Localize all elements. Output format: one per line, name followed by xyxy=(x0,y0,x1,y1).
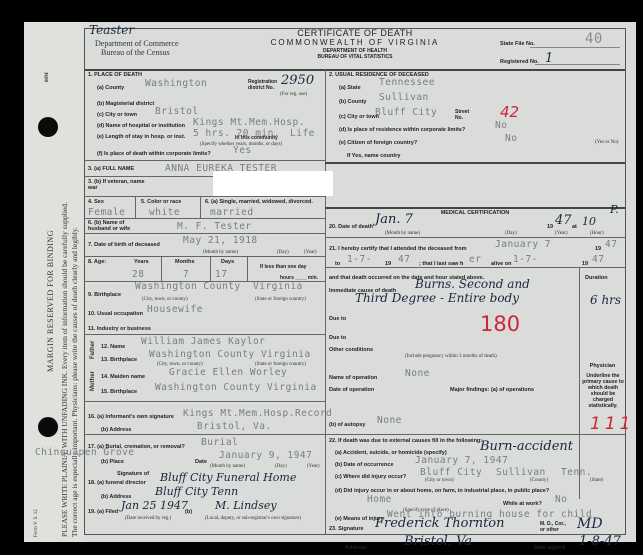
where-hint-state: (State) xyxy=(590,478,603,483)
foreign-country-label: If Yes, name country xyxy=(347,153,400,159)
spouse-label: 6. (b) Name of husband or wife xyxy=(88,220,148,232)
date-hint-year: (Year) xyxy=(307,464,320,469)
at-work-label: While at work? xyxy=(503,501,542,507)
informant-label: 16. (a) Informant's own signature xyxy=(88,414,174,420)
where-state: Tenn. xyxy=(561,467,592,478)
registrar-signature: M. Lindsey xyxy=(215,499,277,512)
date-signed-label: Date signed xyxy=(534,545,565,551)
divider xyxy=(85,160,325,161)
commonwealth: COMMONWEALTH OF VIRGINIA xyxy=(230,38,480,47)
divider xyxy=(247,256,248,281)
father-name-label: 12. Name xyxy=(101,344,125,350)
physician-title: MD xyxy=(577,516,603,532)
divider xyxy=(85,218,325,219)
divider xyxy=(325,237,625,238)
form-body: Teaster Department of Commerce Bureau of… xyxy=(84,28,626,535)
citizen-value: No xyxy=(505,133,517,144)
column-divider xyxy=(325,69,326,534)
filed-date: Jan 25 1947 xyxy=(121,499,188,512)
age-label: 8. Age: xyxy=(88,259,106,265)
physician-note: Underline the primary cause to which dea… xyxy=(582,373,624,409)
father-name: William James Kaylor xyxy=(141,336,265,347)
instructions-line1: PLEASE WRITE PLAINLY, WITH UNFADING INK.… xyxy=(60,202,69,537)
funeral-address: Bluff City Tenn xyxy=(155,485,238,498)
divider xyxy=(85,196,325,197)
binding-note: MARGIN RESERVED FOR BINDING xyxy=(46,230,55,372)
divider xyxy=(210,256,211,281)
autopsy-label: (b) of autopsy xyxy=(329,422,365,428)
divider xyxy=(135,196,136,218)
due-to-label-2: Due to xyxy=(329,335,346,341)
due-to-label: Due to xyxy=(329,316,346,322)
last-saw-pronoun: er xyxy=(469,254,481,265)
res-state-label: (a) State xyxy=(339,85,361,91)
dod-year: 47 xyxy=(555,213,572,228)
divider xyxy=(85,401,325,402)
red-cause-code: 180 xyxy=(480,312,520,336)
occurrence-date: January 7, 1947 xyxy=(415,455,508,466)
dob-label: 7. Date of birth of deceased xyxy=(88,242,160,248)
accident-value: Burn-accident xyxy=(480,439,573,454)
res-city: Bluff City xyxy=(375,107,437,118)
duration-value: 6 hrs xyxy=(590,293,621,307)
reg-district-number: 2950 xyxy=(281,73,314,88)
at-label: at xyxy=(572,224,577,230)
res-state: Tennessee xyxy=(379,77,435,88)
informant-signature: Kings Mt.Mem.Hosp.Record xyxy=(183,408,332,419)
street-label: Street No. xyxy=(455,109,475,121)
op-date-label: Date of operation xyxy=(329,387,374,393)
autopsy-value: None xyxy=(377,415,402,426)
red-tally-mark: 111 xyxy=(590,414,634,434)
findings-label: Major findings: (a) of operations xyxy=(450,387,534,393)
certificate-page: 60M Form V. S. 12 MARGIN RESERVED FOR BI… xyxy=(24,22,636,542)
divider xyxy=(85,69,625,71)
mother-name-label: 14. Maiden name xyxy=(101,374,145,380)
attended-from: January 7 xyxy=(495,239,551,250)
res-city-label: (c) City or town xyxy=(339,114,379,120)
cause-line-2: Third Degree - Entire body xyxy=(355,291,519,305)
physician-signature: Frederick Thornton xyxy=(375,516,505,531)
red-annotation: 42 xyxy=(500,103,519,121)
to-year: 47 xyxy=(398,254,410,265)
state-hint: (State or foreign country) xyxy=(255,297,306,302)
city-label: (c) City or town xyxy=(97,112,137,118)
duration-column-divider xyxy=(579,267,580,499)
county-label: (a) County xyxy=(97,85,124,91)
age-months: 7 xyxy=(183,269,189,280)
marital-value: married xyxy=(210,207,254,218)
divider xyxy=(85,256,325,257)
death-city: Bristol xyxy=(155,106,199,117)
dob-hint-day: (Day) xyxy=(277,250,289,255)
where-city: Bluff City xyxy=(420,467,482,478)
res-corporate: No xyxy=(495,120,507,131)
divider xyxy=(85,434,325,435)
dod-month: Jan. 7 xyxy=(375,212,413,227)
instructions-line2: The correct age is especially important.… xyxy=(70,227,79,537)
sex-label: 4. Sex xyxy=(88,199,104,205)
dob-value: May 21, 1918 xyxy=(183,235,258,246)
filed-hint: (Date received by reg.) xyxy=(125,516,171,521)
where-hint-city: (City or town) xyxy=(425,478,454,483)
spouse-name: M. F. Tester xyxy=(177,221,252,232)
birthplace-city: Washington County xyxy=(135,281,241,292)
funeral-sig-label: Signature of xyxy=(117,471,149,477)
dod-hour: 10 xyxy=(582,215,596,228)
dod-hint-day: (Day) xyxy=(505,231,517,236)
mother-birthplace-label: 15. Birthplace xyxy=(101,389,137,395)
dod-hint-hour: (Hour) xyxy=(590,231,604,236)
stamp-code: 60M xyxy=(45,72,50,82)
burial-place-label: (b) Place xyxy=(101,459,124,465)
hospital-name: Kings Mt.Mem.Hosp. xyxy=(193,117,305,128)
res-county: Sullivan xyxy=(379,92,429,103)
age-months-label: Months xyxy=(175,259,195,265)
city-hint: (City, town, or county) xyxy=(142,297,188,302)
medical-heading: MEDICAL CERTIFICATION xyxy=(325,210,625,216)
alive-on: 1-7- xyxy=(513,254,538,265)
physician-signature-label: 23. Signature xyxy=(329,526,364,532)
birthplace-state: Virginia xyxy=(253,281,303,292)
race-label: 5. Color or race xyxy=(141,199,181,205)
veteran-label: 3. (b) If veteran, name war xyxy=(88,179,148,191)
dod-year-prefix: 19 xyxy=(547,224,553,230)
where-hint-county: (County) xyxy=(530,478,548,483)
date-hint-day: (Day) xyxy=(275,464,287,469)
operation-value: None xyxy=(405,368,430,379)
pregnancy-hint: (Include pregnancy within 3 months of de… xyxy=(405,354,497,359)
external-heading: 22. If death was due to external causes … xyxy=(329,438,482,444)
at-work-value: No xyxy=(555,494,567,505)
community-length: Life xyxy=(290,128,315,139)
occupation-value: Housewife xyxy=(147,304,203,315)
other-conditions-label: Other conditions xyxy=(329,347,373,353)
attended-to: 1-7- xyxy=(347,254,372,265)
place-type: Home xyxy=(367,494,392,505)
bureau-vital: BUREAU OF VITAL STATISTICS xyxy=(230,54,480,60)
death-county: Washington xyxy=(145,78,207,89)
divider xyxy=(200,196,201,218)
sex-value: Female xyxy=(88,207,125,218)
alive-year: 47 xyxy=(592,254,604,265)
title-label: M. D., Cor., or other xyxy=(540,521,572,533)
form-number: Form V. S. 12 xyxy=(34,509,39,537)
divider xyxy=(325,267,625,268)
underline xyxy=(530,47,620,48)
dod-hint-year: (Year) xyxy=(555,231,568,236)
registered-label: Registered No. xyxy=(500,59,539,65)
dob-hint-year: (Year) xyxy=(304,250,317,255)
where-county: Sullivan xyxy=(496,467,546,478)
binding-margin: 60M Form V. S. 12 MARGIN RESERVED FOR BI… xyxy=(24,22,84,542)
age-years-label: Years xyxy=(134,259,149,265)
marital-label: 6. (a) Single, married, widowed, divorce… xyxy=(205,199,313,205)
corporate-value: Yes xyxy=(233,145,252,156)
bureau-census: Bureau of the Census xyxy=(101,48,170,57)
state-file-number: 40 xyxy=(585,31,603,47)
burial-place: Chinquapen Grove xyxy=(35,447,135,458)
stay-label: (e) Length of stay in hosp. or inst. xyxy=(97,134,185,140)
divider xyxy=(85,334,325,335)
divider xyxy=(325,207,625,209)
corporate-label: (f) Is place of death within corporate l… xyxy=(97,151,211,157)
dept-commerce: Department of Commerce xyxy=(95,39,179,48)
industry-label: 11. Industry or business xyxy=(88,326,151,332)
father-birthplace: Washington County Virginia xyxy=(149,349,311,360)
burial-value: Burial xyxy=(201,437,238,448)
community-label: In this community xyxy=(235,135,278,141)
redaction-box xyxy=(213,171,333,196)
mother-birthplace: Washington County Virginia xyxy=(155,382,317,393)
registrar-label: (b) xyxy=(185,509,192,515)
place-of-death-heading: 1. PLACE OF DEATH xyxy=(88,72,142,78)
father-birthplace-label: 13. Birthplace xyxy=(101,357,137,363)
divider xyxy=(85,233,325,234)
divider xyxy=(325,434,625,435)
informant-address: Bristol, Va. xyxy=(197,421,272,432)
dod-hint-month: (Month by name) xyxy=(385,231,420,236)
citizen-label: (e) Citizen of foreign country? xyxy=(339,140,417,146)
physician-note-title: Physician xyxy=(580,363,625,369)
mother-tag: Mother xyxy=(90,371,96,391)
cause-line-1: Burns. Second and xyxy=(415,277,530,291)
res-county-label: (b) County xyxy=(339,99,367,105)
birthplace-label: 9. Birthplace xyxy=(88,292,121,298)
hospital-label: (d) Name of hospital or institution xyxy=(97,123,185,129)
res-corporate-label: (d) Is place of residence within corpora… xyxy=(339,127,465,133)
registrar-hint: (Local, deputy, or sub-registrar's own s… xyxy=(205,516,301,521)
dod-ampm: P. xyxy=(610,203,619,216)
race-value: white xyxy=(149,207,180,218)
handwritten-surname: Teaster xyxy=(89,23,134,37)
physician-address-label: Address xyxy=(345,545,367,551)
certificate-title: CERTIFICATE OF DEATH xyxy=(230,28,480,38)
filed-label: 19. (a) Filed xyxy=(88,509,118,515)
operation-label: Name of operation xyxy=(329,375,377,381)
duration-label: Duration xyxy=(585,275,608,281)
age-years: 28 xyxy=(132,269,144,280)
burial-date-label: Date xyxy=(195,459,207,465)
divider xyxy=(161,256,162,281)
age-days-label: Days xyxy=(221,259,234,265)
reg-use-hint: (For reg. use) xyxy=(280,92,307,97)
full-name-label: 3. (a) FULL NAME xyxy=(88,166,134,172)
father-tag: Father xyxy=(90,341,96,359)
from-year: 47 xyxy=(605,239,617,250)
where-label: (c) Where did injury occur? xyxy=(335,474,406,480)
occurrence-label: (b) Date of occurrence xyxy=(335,462,393,468)
divider xyxy=(325,162,625,164)
less-than-day-label: If less than one day xyxy=(260,264,306,270)
occupation-label: 10. Usual occupation xyxy=(88,311,143,317)
registered-number: 1 xyxy=(545,51,553,66)
certify-label: 21. I hereby certify that I attended the… xyxy=(329,246,467,252)
magisterial-label: (b) Magisterial district xyxy=(97,101,154,107)
dod-label: 20. Date of death xyxy=(329,224,373,230)
informant-address-label: (b) Address xyxy=(101,427,131,433)
citizen-hint: (Yes or No) xyxy=(595,140,618,145)
physician-address: Bristol, Va xyxy=(404,534,472,549)
mother-name: Gracie Ellen Worley xyxy=(169,367,287,378)
punch-hole xyxy=(38,417,58,437)
from-year-prefix: 19 xyxy=(595,246,601,252)
date-signed: 1-8-47 xyxy=(579,534,621,549)
punch-hole xyxy=(38,117,58,137)
funeral-director-label: 18. (a) funeral director xyxy=(88,480,146,486)
age-days: 17 xyxy=(215,269,227,280)
funeral-director-signature: Bluff City Funeral Home xyxy=(160,471,296,484)
burial-date: January 9, 1947 xyxy=(219,450,312,461)
dob-hint-month: (Month by name) xyxy=(203,250,238,255)
date-hint-month: (Month by name) xyxy=(210,464,245,469)
